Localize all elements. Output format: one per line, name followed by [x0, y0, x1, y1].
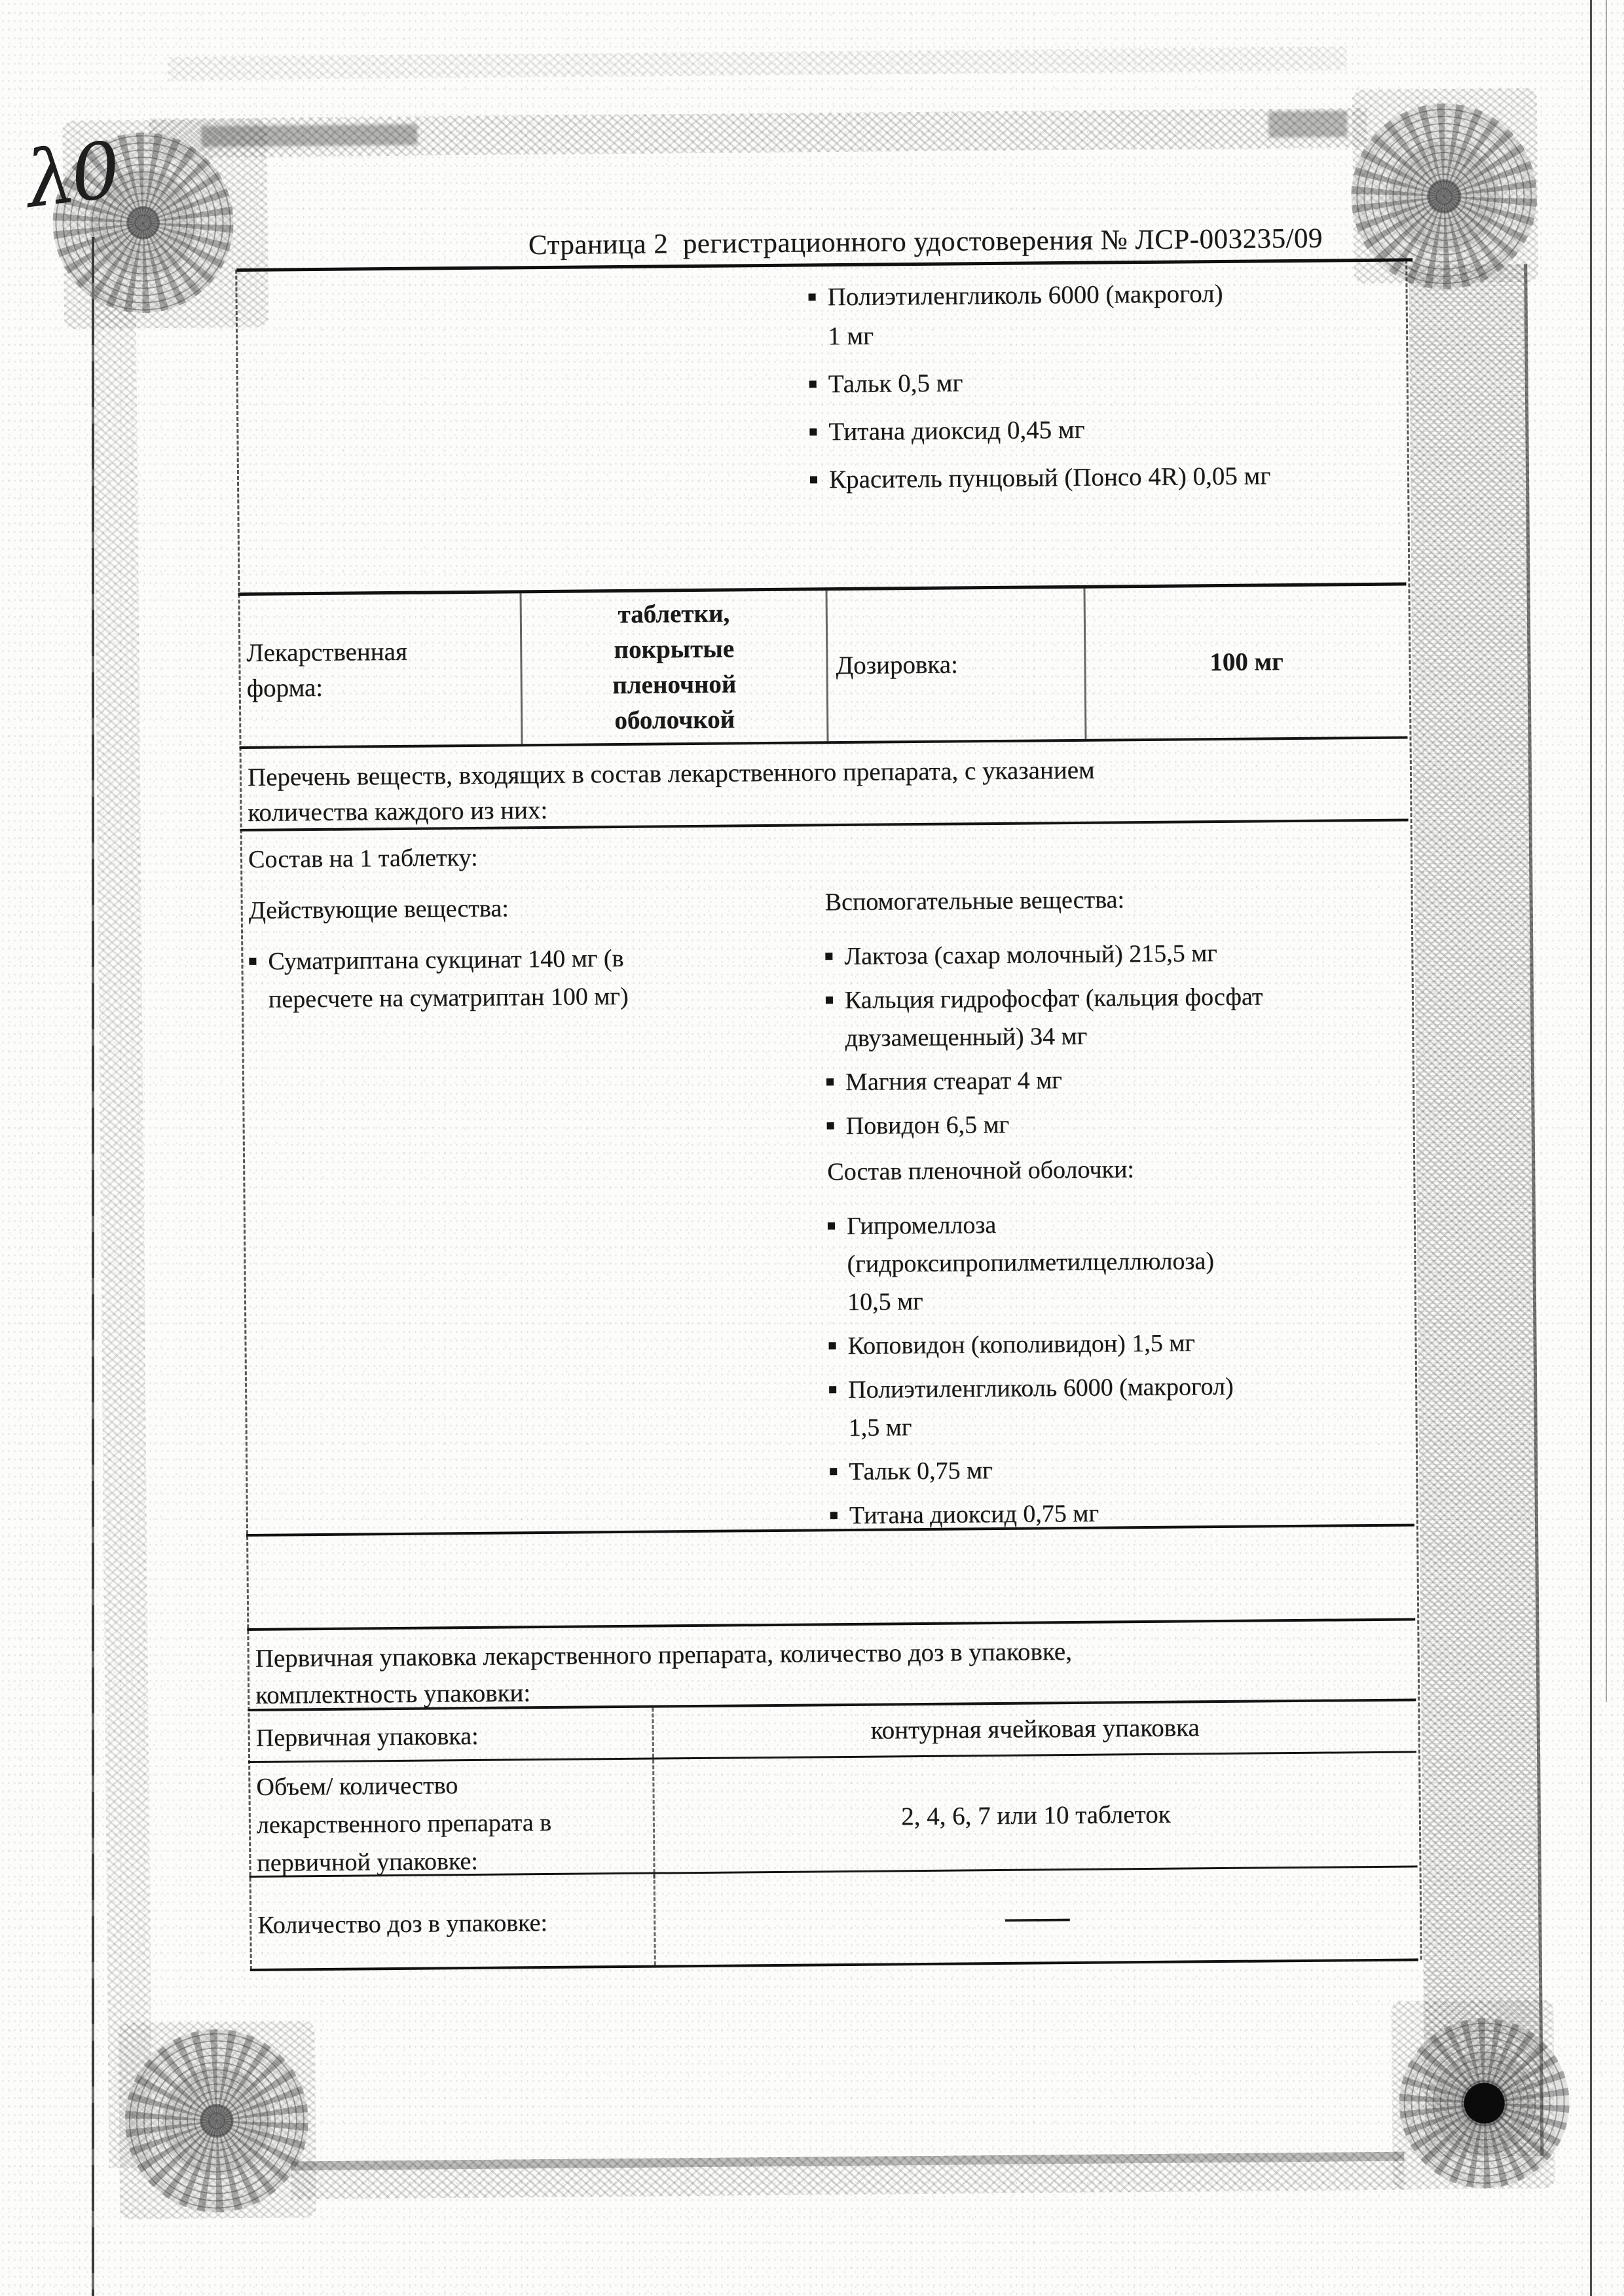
bullet-icon: [809, 293, 816, 301]
list-item-text: Магния стеарат 4 мг: [845, 1061, 1062, 1101]
film-coating-list: Гипромеллоза (гидроксипропилметилцеллюло…: [828, 1203, 1405, 1535]
row-label: Первичная упаковка:: [256, 1717, 479, 1757]
list-item: Тальк 0,75 мг: [830, 1448, 1405, 1491]
table-row: Объем/ количество лекарственного препара…: [248, 1751, 1417, 1876]
document-page: λ0 Страница 2 регистрационного удостовер…: [0, 0, 1624, 2296]
list-item-text: Титана диоксид 0,45 мг: [828, 410, 1085, 452]
row-value: 2, 4, 6, 7 или 10 таблеток: [901, 1797, 1171, 1835]
dosage-value: 100 мг: [1209, 644, 1283, 680]
bullet-icon: [830, 1468, 837, 1475]
bullet-icon: [249, 958, 256, 965]
row-label: Объем/ количество лекарственного препара…: [256, 1766, 552, 1882]
bullet-icon: [829, 1386, 836, 1393]
bullet-icon: [825, 953, 832, 960]
list-item-text: Суматриптана сукцинат 140 мг (в пересчет…: [268, 939, 629, 1019]
scan-edge-line-right-faint: [1606, 0, 1607, 1702]
list-item: Повидон 6,5 мг: [826, 1102, 1401, 1146]
bullet-icon: [809, 428, 817, 435]
rosette-ornament-bottom-left: [124, 2028, 309, 2213]
list-item-text: Тальк 0,5 мг: [828, 363, 963, 404]
active-substances-list: Суматриптана сукцинат 140 мг (в пересчет…: [249, 938, 822, 1019]
composition-title: Состав на 1 таблетку:: [248, 835, 821, 879]
form-value-cell: таблетки, покрытые пленочной оболочкой: [520, 591, 827, 744]
primary-package-label-cell: Первичная упаковка:: [248, 1708, 654, 1761]
list-item: Титана диоксид 0,75 мг: [830, 1492, 1405, 1535]
list-item-text: Полиэтиленгликоль 6000 (макрогол) 1,5 мг: [848, 1368, 1234, 1447]
scan-edge-line-left: [92, 237, 94, 2296]
dosage-form-table: Лекарственная форма: таблетки, покрытые …: [238, 582, 1414, 1537]
substances-note: Перечень веществ, входящих в состав лека…: [248, 756, 1095, 827]
form-dosage-row: Лекарственная форма: таблетки, покрытые …: [238, 585, 1408, 749]
dosage-value-cell: 100 мг: [1083, 585, 1407, 738]
film-coating-title: Состав пленочной оболочки:: [827, 1148, 1402, 1192]
page-header: Страница 2 регистрационного удостоверени…: [528, 223, 1323, 262]
handwritten-mark: λ0: [21, 124, 122, 225]
list-item: Кальция гидрофосфат (кальция фосфат двуз…: [826, 977, 1401, 1058]
scan-smudge: [1268, 111, 1347, 137]
doses-count-label-cell: Количество доз в упаковке:: [249, 1874, 656, 1969]
scan-edge-line-right: [1590, 0, 1592, 2296]
row-value: контурная ячейковая упаковка: [870, 1710, 1200, 1748]
guilloche-band-left: [92, 282, 152, 2168]
packaging-table: Первичная упаковка лекарственного препар…: [247, 1618, 1418, 1971]
list-item-text: Гипромеллоза (гидроксипропилметилцеллюло…: [847, 1204, 1215, 1321]
doses-count-value-cell: ——: [655, 1867, 1418, 1965]
dosage-label: Дозировка:: [836, 647, 958, 683]
excipients-top-list: Полиэтиленгликоль 6000 (макрогол) 1 мг Т…: [808, 273, 1403, 500]
list-item-text: Титана диоксид 0,75 мг: [849, 1495, 1099, 1535]
list-item-text: Тальк 0,75 мг: [849, 1451, 993, 1491]
auxiliary-substances-column: Вспомогательные вещества: Лактоза (сахар…: [824, 821, 1414, 1535]
package-volume-value-cell: 2, 4, 6, 7 или 10 таблеток: [654, 1753, 1418, 1878]
list-item-text: Краситель пунцовый (Понсо 4R) 0,05 мг: [829, 456, 1271, 500]
list-item-text: Кальция гидрофосфат (кальция фосфат двуз…: [845, 977, 1263, 1057]
list-item: Полиэтиленгликоль 6000 (макрогол) 1,5 мг: [829, 1366, 1405, 1448]
list-item: Тальк 0,5 мг: [809, 360, 1401, 405]
row-label: Количество доз в упаковке:: [257, 1904, 547, 1944]
list-item: Магния стеарат 4 мг: [826, 1059, 1401, 1102]
bullet-icon: [827, 1122, 834, 1129]
list-item: Титана диоксид 0,45 мг: [809, 408, 1402, 452]
packaging-heading-cell: Первичная упаковка лекарственного препар…: [247, 1620, 1416, 1711]
list-item: Полиэтиленгликоль 6000 (макрогол) 1 мг: [808, 273, 1401, 357]
bullet-icon: [826, 1078, 834, 1085]
table-row: Количество доз в упаковке: ——: [249, 1865, 1418, 1969]
auxiliary-substances-list: Лактоза (сахар молочный) 215,5 мг Кальци…: [825, 933, 1402, 1146]
list-item: Краситель пунцовый (Понсо 4R) 0,05 мг: [810, 456, 1403, 500]
list-item: Гипромеллоза (гидроксипропилметилцеллюло…: [828, 1203, 1403, 1322]
row-value: ——: [1005, 1899, 1068, 1935]
bullet-icon: [829, 1342, 836, 1349]
auxiliary-substances-title: Вспомогательные вещества:: [824, 879, 1399, 922]
list-item-text: Коповидон (кополивидон) 1,5 мг: [847, 1324, 1195, 1365]
active-substances-column: Состав на 1 таблетку: Действующие вещест…: [240, 826, 830, 1540]
certificate-sheet: Страница 2 регистрационного удостоверени…: [0, 0, 1624, 2296]
list-item: Лактоза (сахар молочный) 215,5 мг: [825, 933, 1400, 976]
guilloche-band-top-outer: [168, 46, 1346, 81]
dosage-label-cell: Дозировка:: [826, 589, 1085, 741]
list-item-text: Повидон 6,5 мг: [845, 1106, 1009, 1145]
active-substances-title: Действующие вещества:: [248, 886, 821, 930]
form-value: таблетки, покрытые пленочной оболочкой: [612, 596, 737, 738]
form-label-cell: Лекарственная форма:: [238, 593, 521, 746]
guilloche-band-right: [1409, 264, 1543, 2157]
list-item: Коповидон (кополивидон) 1,5 мг: [828, 1322, 1403, 1366]
guilloche-band-bottom: [291, 2152, 1404, 2200]
package-volume-label-cell: Объем/ количество лекарственного препара…: [248, 1760, 655, 1882]
composition-row: Состав на 1 таблетку: Действующие вещест…: [240, 821, 1414, 1540]
guilloche-band-top: [149, 108, 1367, 158]
list-item-text: Лактоза (сахар молочный) 215,5 мг: [844, 934, 1217, 975]
list-item-text: Полиэтиленгликоль 6000 (макрогол) 1 мг: [827, 274, 1223, 356]
bullet-icon: [830, 1512, 838, 1519]
form-label: Лекарственная форма:: [246, 634, 407, 706]
ink-dot-mark: [1464, 2083, 1505, 2124]
bullet-icon: [810, 476, 817, 483]
substances-note-cell: Перечень веществ, входящих в состав лека…: [240, 738, 1409, 831]
primary-package-value-cell: контурная ячейковая упаковка: [654, 1701, 1416, 1757]
list-item: Суматриптана сукцинат 140 мг (в пересчет…: [249, 938, 822, 1019]
bullet-icon: [809, 380, 817, 388]
packaging-heading: Первичная упаковка лекарственного препар…: [255, 1637, 1073, 1709]
bullet-icon: [826, 996, 833, 1004]
bullet-icon: [828, 1222, 835, 1230]
